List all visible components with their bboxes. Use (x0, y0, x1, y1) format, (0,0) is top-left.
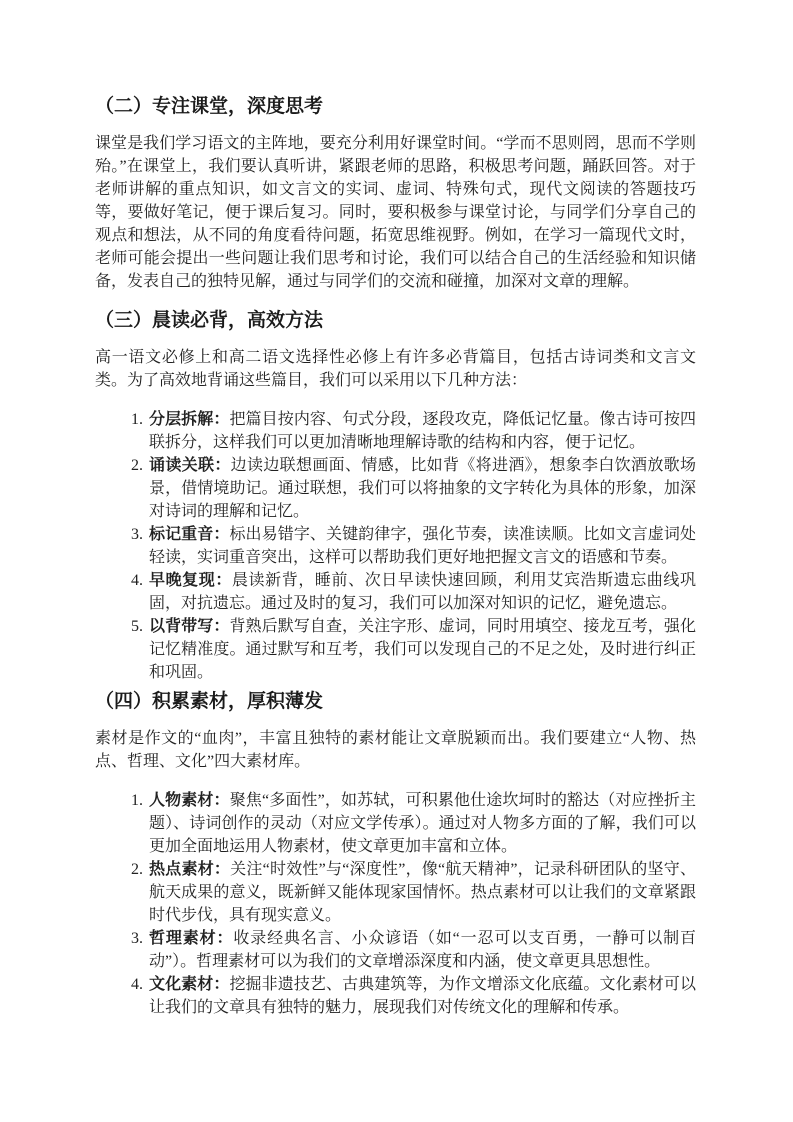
list-item: 2.诵读关联：边读边联想画面、情感，比如背《将进酒》，想象李白饮酒放歌场景，借情… (149, 454, 696, 523)
list-item-text: 关注“时效性”与“深度性”，像“航天精神”，记录科研团队的坚守、航天成果的意义，… (149, 861, 696, 924)
list-item-number: 5. (131, 615, 143, 638)
list-item: 1.分层拆解：把篇目按内容、句式分段，逐段攻克，降低记忆量。像古诗可按四联拆分，… (149, 408, 696, 454)
section-paragraph: 素材是作文的“血肉”，丰富且独特的素材能让文章脱颖而出。我们要建立“人物、热点、… (95, 727, 696, 773)
list-item-text: 边读边联想画面、情感，比如背《将进酒》，想象李白饮酒放歌场景，借情境助记。通过联… (149, 457, 696, 520)
list-item: 5.以背带写：背熟后默写自查，关注字形、虚词，同时用填空、接龙互考，强化记忆精准… (149, 615, 696, 684)
document-page: （二）专注课堂，深度思考 课堂是我们学习语文的主阵地，要充分利用好课堂时间。“学… (0, 0, 793, 1122)
list-item-text: 挖掘非遗技艺、古典建筑等，为作文增添文化底蕴。文化素材可以让我们的文章具有独特的… (149, 976, 696, 1016)
section-heading: （四）积累素材，厚积薄发 (95, 690, 696, 713)
list-item: 2.热点素材：关注“时效性”与“深度性”，像“航天精神”，记录科研团队的坚守、航… (149, 858, 696, 927)
ordered-list: 1.人物素材：聚焦“多面性”，如苏轼，可积累他仕途坎坷时的豁达（对应挫折主题）、… (95, 789, 696, 1019)
list-item-label: 人物素材： (149, 792, 230, 809)
list-item-label: 以背带写： (149, 618, 229, 635)
list-item-number: 2. (131, 858, 143, 881)
list-item-number: 3. (131, 927, 143, 950)
section-heading: （二）专注课堂，深度思考 (95, 95, 696, 118)
list-item-text: 背熟后默写自查，关注字形、虚词，同时用填空、接龙互考，强化记忆精准度。通过默写和… (149, 618, 696, 681)
list-item: 4.早晚复现：晨读新背，睡前、次日早读快速回顾，利用艾宾浩斯遗忘曲线巩固，对抗遗… (149, 569, 696, 615)
list-item-label: 诵读关联： (149, 457, 231, 474)
list-item: 3.哲理素材：收录经典名言、小众谚语（如“一忍可以支百勇，一静可以制百动”）。哲… (149, 927, 696, 973)
list-item-label: 分层拆解： (149, 411, 229, 428)
list-item-text: 标出易错字、关键韵律字，强化节奏，读准读顺。比如文言虚词处轻读，实词重音突出，这… (149, 526, 696, 566)
list-item-label: 文化素材： (149, 976, 229, 993)
list-item: 1.人物素材：聚焦“多面性”，如苏轼，可积累他仕途坎坷时的豁达（对应挫折主题）、… (149, 789, 696, 858)
list-item-text: 晨读新背，睡前、次日早读快速回顾，利用艾宾浩斯遗忘曲线巩固，对抗遗忘。通过及时的… (149, 572, 696, 612)
section-focus-in-class: （二）专注课堂，深度思考 课堂是我们学习语文的主阵地，要充分利用好课堂时间。“学… (95, 95, 696, 293)
list-item-label: 早晚复现： (149, 572, 232, 589)
section-heading: （三）晨读必背，高效方法 (95, 309, 696, 332)
list-item-number: 2. (131, 454, 143, 477)
list-item-number: 4. (131, 973, 143, 996)
section-paragraph: 课堂是我们学习语文的主阵地，要充分利用好课堂时间。“学而不思则罔，思而不学则殆。… (95, 132, 696, 293)
list-item-number: 1. (131, 789, 143, 812)
list-item: 3.标记重音：标出易错字、关键韵律字，强化节奏，读准读顺。比如文言虚词处轻读，实… (149, 523, 696, 569)
list-item-label: 热点素材： (149, 861, 230, 878)
list-item-label: 标记重音： (149, 526, 229, 543)
list-item-number: 3. (131, 523, 143, 546)
list-item-number: 4. (131, 569, 143, 592)
list-item-label: 哲理素材： (149, 930, 233, 947)
list-item-text: 聚焦“多面性”，如苏轼，可积累他仕途坎坷时的豁达（对应挫折主题）、诗词创作的灵动… (149, 792, 696, 855)
ordered-list: 1.分层拆解：把篇目按内容、句式分段，逐段攻克，降低记忆量。像古诗可按四联拆分，… (95, 408, 696, 684)
section-morning-recitation: （三）晨读必背，高效方法 高一语文必修上和高二语文选择性必修上有许多必背篇目，包… (95, 309, 696, 684)
list-item-number: 1. (131, 408, 143, 431)
section-accumulate-material: （四）积累素材，厚积薄发 素材是作文的“血肉”，丰富且独特的素材能让文章脱颖而出… (95, 690, 696, 1019)
list-item: 4.文化素材：挖掘非遗技艺、古典建筑等，为作文增添文化底蕴。文化素材可以让我们的… (149, 973, 696, 1019)
section-paragraph: 高一语文必修上和高二语文选择性必修上有许多必背篇目，包括古诗词类和文言文类。为了… (95, 346, 696, 392)
list-item-text: 把篇目按内容、句式分段，逐段攻克，降低记忆量。像古诗可按四联拆分，这样我们可以更… (149, 411, 696, 451)
